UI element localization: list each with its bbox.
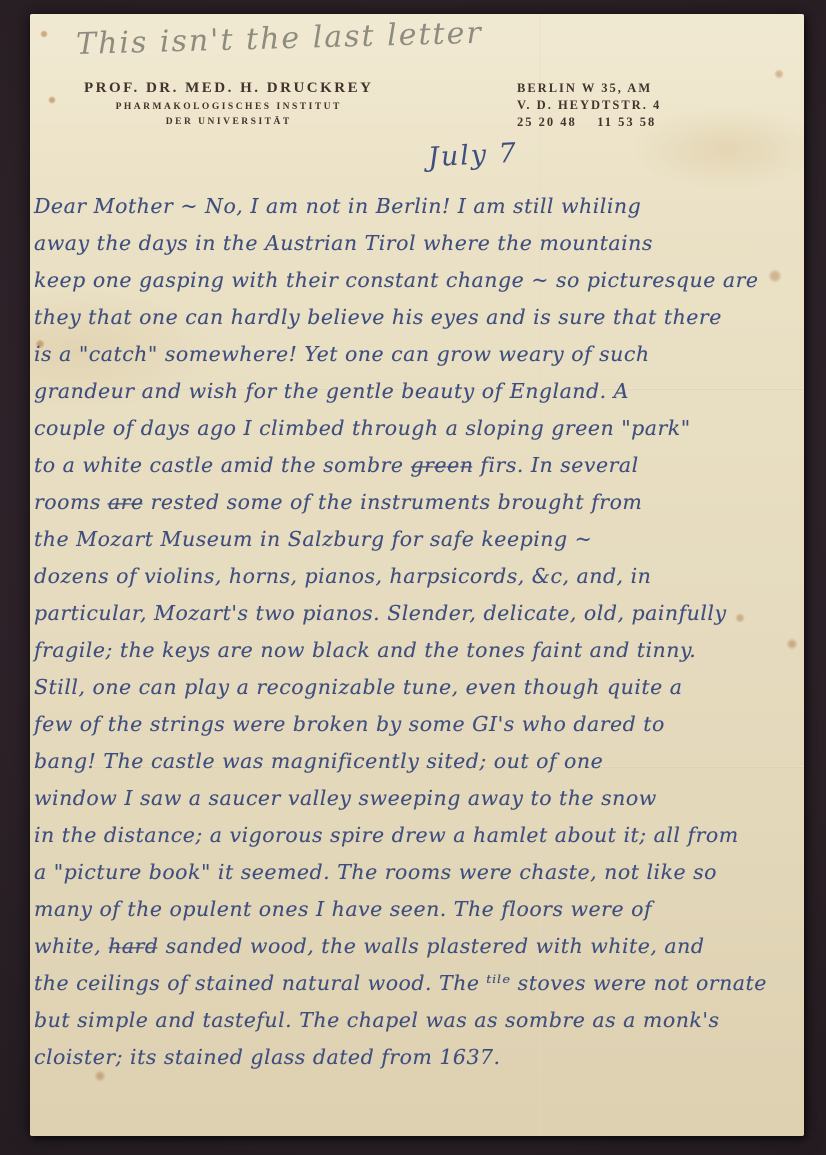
letter-line: rooms a̶r̶e̶ rested some of the instrume…	[34, 484, 802, 521]
pencil-annotation: This isn't the last letter	[76, 13, 577, 62]
letter-line: they that one can hardly believe his eye…	[34, 299, 802, 336]
letterhead-address-block: BERLIN W 35, AM V. D. HEYDTSTR. 4 25 20 …	[517, 80, 661, 131]
letter-line: Still, one can play a recognizable tune,…	[34, 669, 802, 706]
letter-line: to a white castle amid the sombre g̶r̶e̶…	[34, 447, 802, 484]
letter-line: cloister; its stained glass dated from 1…	[34, 1039, 802, 1076]
letterhead-address-street: V. D. HEYDTSTR. 4	[517, 97, 661, 114]
letter-line: couple of days ago I climbed through a s…	[34, 410, 802, 447]
letter-line: few of the strings were broken by some G…	[34, 706, 802, 743]
letter-line: particular, Mozart's two pianos. Slender…	[34, 595, 802, 632]
letterhead-address-city: BERLIN W 35, AM	[517, 80, 661, 97]
letter-line: dozens of violins, horns, pianos, harpsi…	[34, 558, 802, 595]
letter-line: window I saw a saucer valley sweeping aw…	[34, 780, 802, 817]
letter-line: grandeur and wish for the gentle beauty …	[34, 373, 802, 410]
letter-line: bang! The castle was magnificently sited…	[34, 743, 802, 780]
letter-line: away the days in the Austrian Tirol wher…	[34, 225, 802, 262]
letter-line: many of the opulent ones I have seen. Th…	[34, 891, 802, 928]
letter-line: a "picture book" it seemed. The rooms we…	[34, 854, 802, 891]
letter-line: Dear Mother ~ No, I am not in Berlin! I …	[34, 188, 802, 225]
letterhead-phone-numbers: 25 20 48 11 53 58	[517, 114, 661, 131]
letter-line: white, h̶a̶r̶d̶ sanded wood, the walls p…	[34, 928, 802, 965]
letter-line: the ceilings of stained natural wood. Th…	[34, 965, 802, 1002]
letterhead-sender-name: PROF. DR. MED. H. DRUCKREY	[84, 80, 373, 97]
letter-line: but simple and tasteful. The chapel was …	[34, 1002, 802, 1039]
letterhead-sender-university: DER UNIVERSITÄT	[84, 117, 373, 127]
letterhead-sender-block: PROF. DR. MED. H. DRUCKREY PHARMAKOLOGIS…	[84, 80, 373, 127]
letter-line: in the distance; a vigorous spire drew a…	[34, 817, 802, 854]
letter-line: the Mozart Museum in Salzburg for safe k…	[34, 521, 802, 558]
letter-line: fragile; the keys are now black and the …	[34, 632, 802, 669]
letter-date: July 7	[427, 138, 518, 174]
letter-body: Dear Mother ~ No, I am not in Berlin! I …	[34, 188, 802, 1076]
letter-line: keep one gasping with their constant cha…	[34, 262, 802, 299]
letter-line: is a "catch" somewhere! Yet one can grow…	[34, 336, 802, 373]
letterhead-sender-institute: PHARMAKOLOGISCHES INSTITUT	[84, 102, 373, 112]
letter-paper: This isn't the last letter PROF. DR. MED…	[30, 14, 804, 1136]
